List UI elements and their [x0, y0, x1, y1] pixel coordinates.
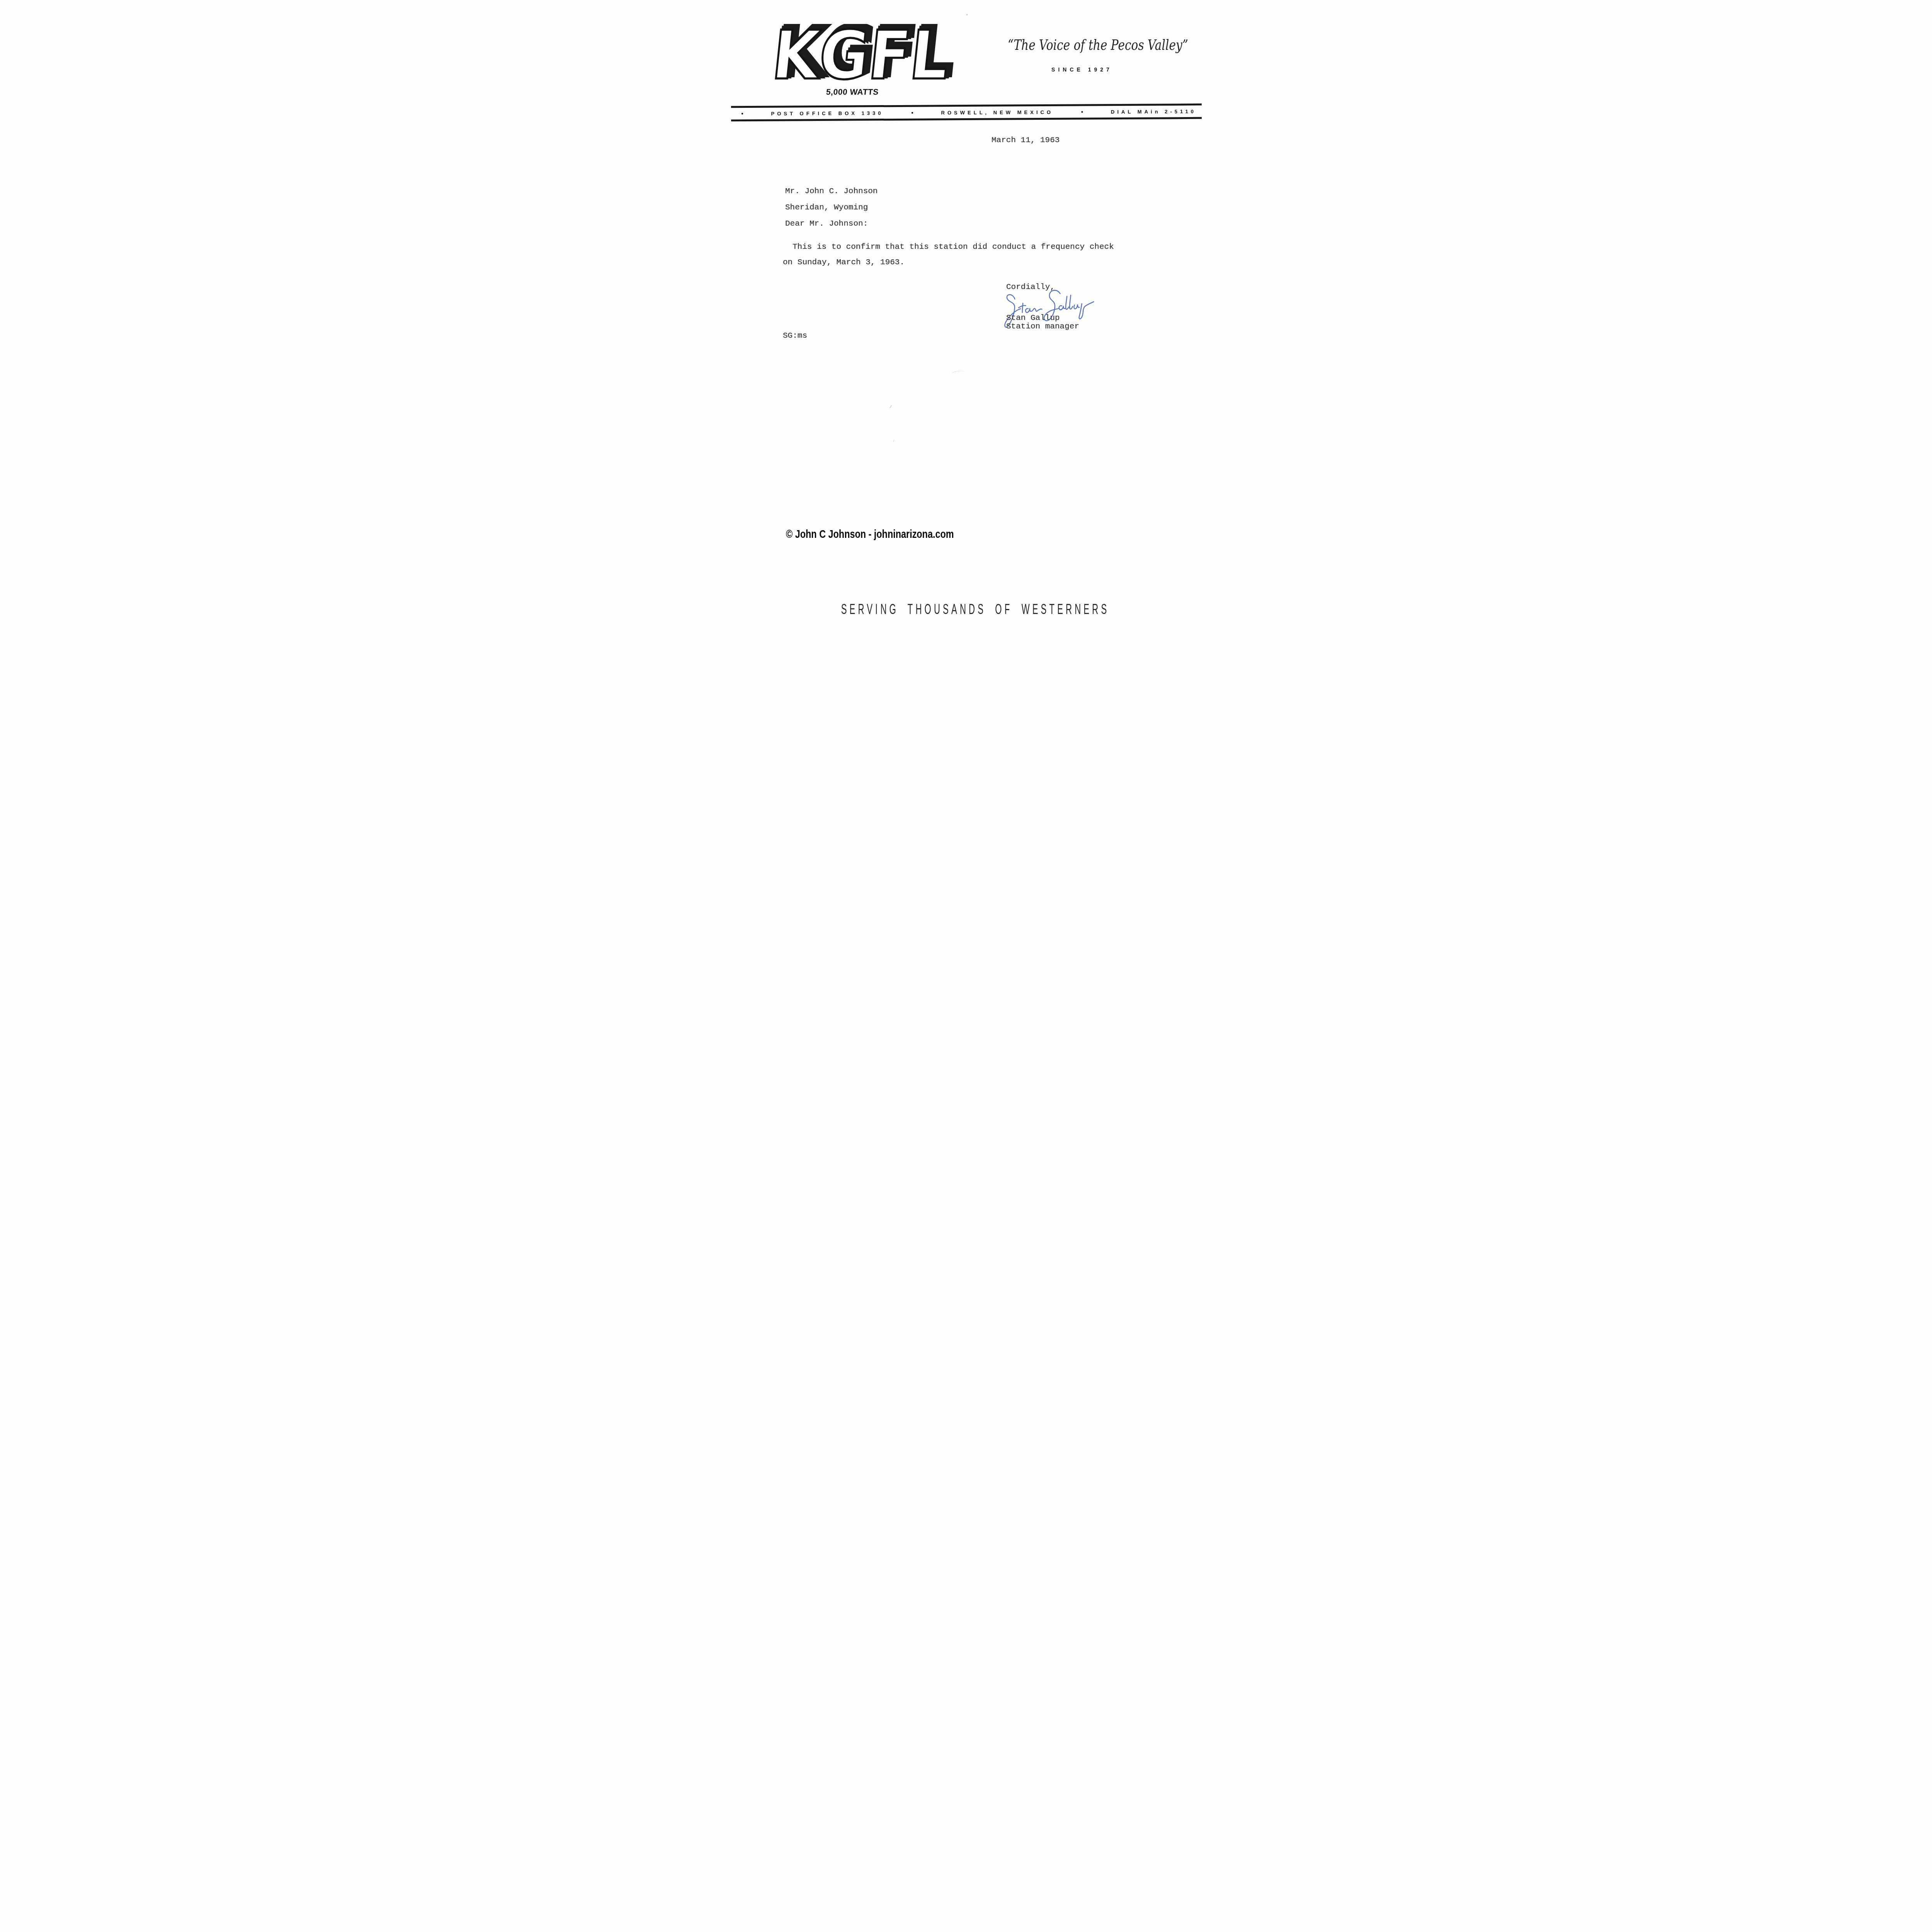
- typist-reference: SG:ms: [783, 332, 807, 340]
- recipient-city: Sheridan, Wyoming: [785, 203, 868, 212]
- scanned-letter-page: KGFL KGFL KGFL 5,000 WATTS “The Voice of…: [720, 0, 1212, 637]
- bullet-icon: ●: [741, 112, 743, 116]
- address-bar: ● POST OFFICE BOX 1330 ● ROSWELL, NEW ME…: [731, 104, 1202, 121]
- dial-text: DIAL MAin 2-5110: [1111, 108, 1196, 114]
- since-label: SINCE 1927: [987, 66, 1177, 73]
- kgfl-logo-graphic: KGFL KGFL KGFL: [764, 24, 958, 88]
- copyright-watermark: © John C Johnson - johninarizona.com: [786, 528, 954, 541]
- po-box-text: POST OFFICE BOX 1330: [771, 110, 884, 117]
- scan-artifact: [951, 370, 965, 376]
- bullet-icon: ●: [911, 111, 913, 115]
- letter-date: March 11, 1963: [992, 136, 1060, 145]
- body-line: This is to confirm that this station did…: [793, 243, 1114, 252]
- salutation: Dear Mr. Johnson:: [785, 219, 868, 228]
- watts-label: 5,000 WATTS: [816, 88, 888, 97]
- body-line: on Sunday, March 3, 1963.: [783, 258, 905, 267]
- city-text: ROSWELL, NEW MEXICO: [941, 109, 1054, 116]
- typed-signer-name: Stan Gallup: [1006, 314, 1060, 323]
- scan-artifact: [966, 14, 968, 15]
- station-tagline: “The Voice of the Pecos Valley”: [1008, 36, 1156, 53]
- bullet-icon: ●: [1081, 110, 1083, 114]
- scan-artifact: [889, 405, 892, 408]
- recipient-name: Mr. John C. Johnson: [785, 187, 878, 196]
- kgfl-logo-face: KGFL: [769, 24, 953, 88]
- footer-slogan: SERVING THOUSANDS OF WESTERNERS: [828, 601, 1122, 617]
- kgfl-logo: KGFL KGFL KGFL: [764, 24, 958, 88]
- typed-signer-title: Station manager: [1006, 322, 1079, 331]
- scan-artifact: [893, 440, 895, 442]
